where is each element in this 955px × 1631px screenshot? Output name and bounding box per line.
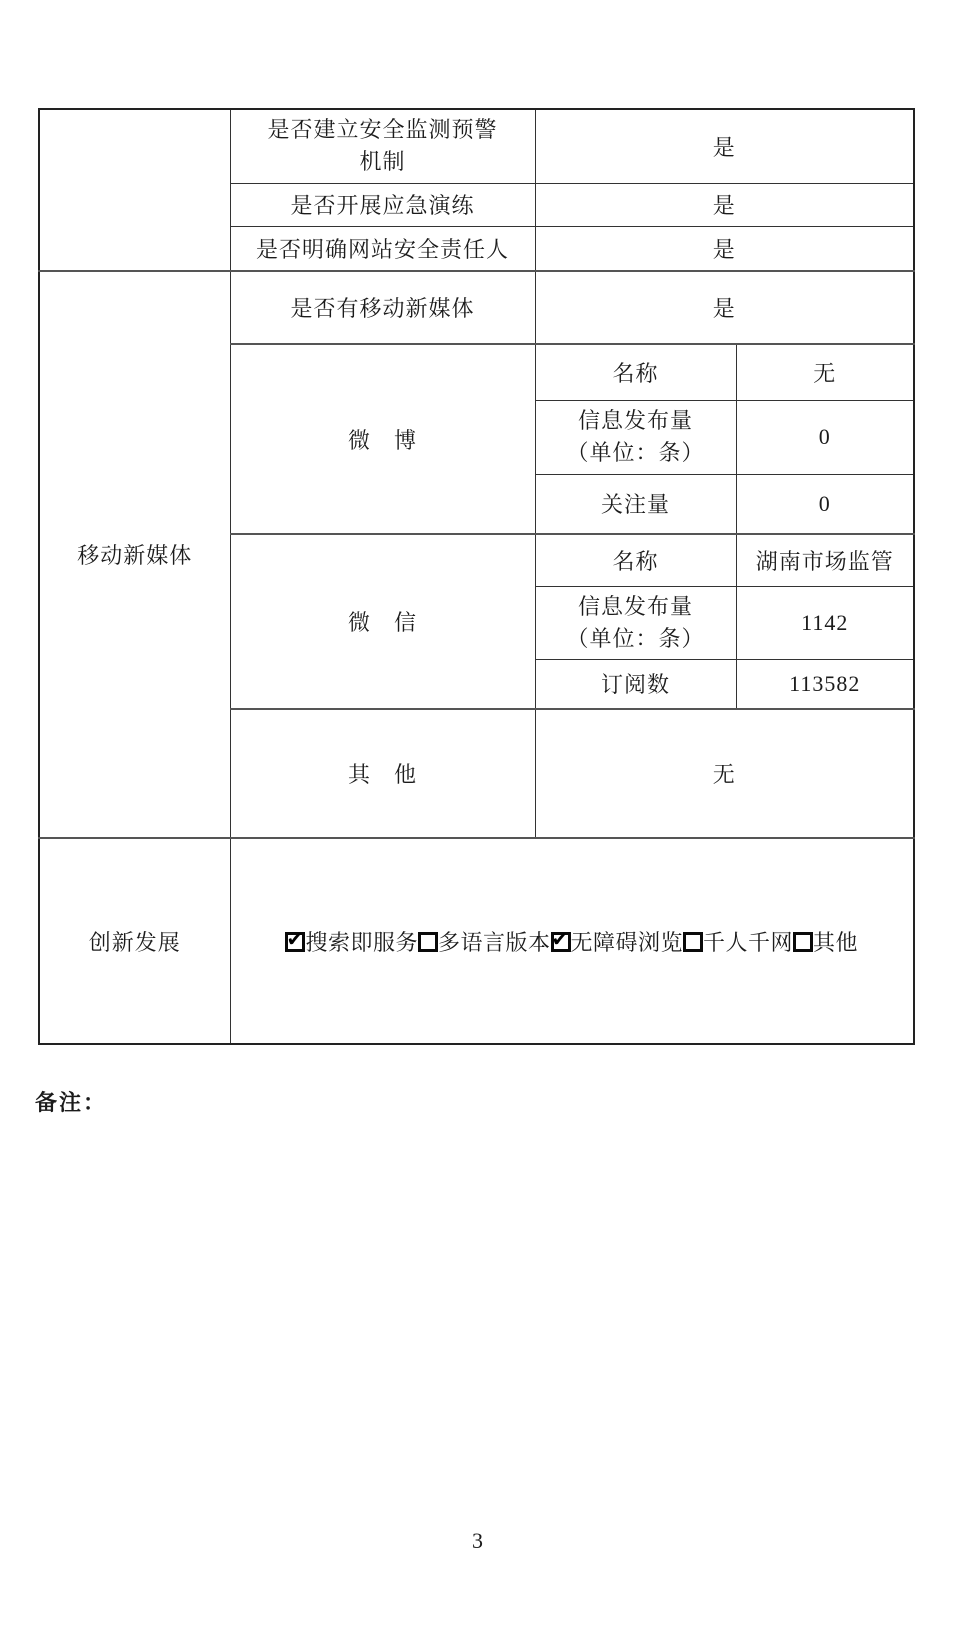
wechat-label-cell: 微 信	[230, 534, 535, 709]
checkbox-accessible-browsing-icon[interactable]	[551, 932, 571, 952]
weibo-posts-label-cell: 信息发布量 （单位：条）	[535, 400, 736, 474]
weibo-followers-value-cell: 0	[736, 474, 914, 534]
category-cell-empty	[39, 109, 230, 271]
wechat-posts-label-line1: 信息发布量	[540, 591, 732, 623]
innovation-option-search: 搜索即服务	[285, 926, 418, 957]
wechat-posts-label-cell: 信息发布量 （单位：条）	[535, 586, 736, 659]
weibo-name-label-cell: 名称	[535, 344, 736, 400]
innovation-option-thousand-sites-label: 千人千网	[703, 930, 793, 955]
innovation-option-multilingual: 多语言版本	[418, 926, 551, 957]
other-media-label-cell: 其 他	[230, 709, 535, 838]
category-innovation: 创新发展	[39, 838, 230, 1044]
weibo-posts-label-line2: （单位：条）	[540, 437, 732, 469]
innovation-option-search-label: 搜索即服务	[305, 930, 418, 955]
security-officer-value-cell: 是	[535, 226, 914, 271]
innovation-options-line: 搜索即服务多语言版本无障碍浏览千人千网其他	[235, 926, 910, 957]
innovation-option-other-label: 其他	[813, 930, 858, 955]
weibo-posts-label-line1: 信息发布量	[540, 405, 732, 437]
has-new-media-label-cell: 是否有移动新媒体	[230, 271, 535, 344]
annual-report-table: 是否建立安全监测预警 机制 是 是否开展应急演练 是 是否明确网站安全责任人 是…	[38, 108, 915, 1045]
innovation-options-cell: 搜索即服务多语言版本无障碍浏览千人千网其他	[230, 838, 914, 1044]
innovation-option-accessibility: 无障碍浏览	[551, 926, 684, 957]
monitor-label-cell: 是否建立安全监测预警 机制	[230, 109, 535, 183]
weibo-posts-label: 信息发布量 （单位：条）	[540, 405, 732, 469]
innovation-option-other: 其他	[793, 926, 858, 957]
weibo-followers-label-cell: 关注量	[535, 474, 736, 534]
checkbox-thousand-people-thousand-sites-icon[interactable]	[683, 932, 703, 952]
weibo-posts-value-cell: 0	[736, 400, 914, 474]
drill-value-cell: 是	[535, 183, 914, 226]
drill-label-cell: 是否开展应急演练	[230, 183, 535, 226]
document-page: 是否建立安全监测预警 机制 是 是否开展应急演练 是 是否明确网站安全责任人 是…	[0, 0, 955, 1631]
weibo-name-value-cell: 无	[736, 344, 914, 400]
checkbox-multilingual-version-icon[interactable]	[418, 932, 438, 952]
wechat-posts-label: 信息发布量 （单位：条）	[540, 591, 732, 655]
innovation-option-multilingual-label: 多语言版本	[438, 930, 551, 955]
wechat-name-value-cell: 湖南市场监管	[736, 534, 914, 586]
wechat-posts-label-line2: （单位：条）	[540, 623, 732, 655]
innovation-option-thousand-sites: 千人千网	[683, 926, 793, 957]
monitor-label: 是否建立安全监测预警 机制	[235, 114, 531, 178]
checkbox-other-icon[interactable]	[793, 932, 813, 952]
security-officer-label-cell: 是否明确网站安全责任人	[230, 226, 535, 271]
monitor-label-line1: 是否建立安全监测预警	[235, 114, 531, 146]
wechat-posts-value-cell: 1142	[736, 586, 914, 659]
monitor-label-line2: 机制	[235, 146, 531, 178]
monitor-value-cell: 是	[535, 109, 914, 183]
wechat-subscribers-label-cell: 订阅数	[535, 659, 736, 709]
weibo-label-cell: 微 博	[230, 344, 535, 534]
has-new-media-value-cell: 是	[535, 271, 914, 344]
wechat-name-label-cell: 名称	[535, 534, 736, 586]
other-media-value-cell: 无	[535, 709, 914, 838]
wechat-subscribers-value-cell: 113582	[736, 659, 914, 709]
innovation-option-accessibility-label: 无障碍浏览	[571, 930, 684, 955]
checkbox-search-instant-service-icon[interactable]	[285, 932, 305, 952]
notes-label: 备注：	[35, 1086, 107, 1117]
category-mobile-media: 移动新媒体	[39, 271, 230, 838]
page-number: 3	[0, 1528, 955, 1554]
